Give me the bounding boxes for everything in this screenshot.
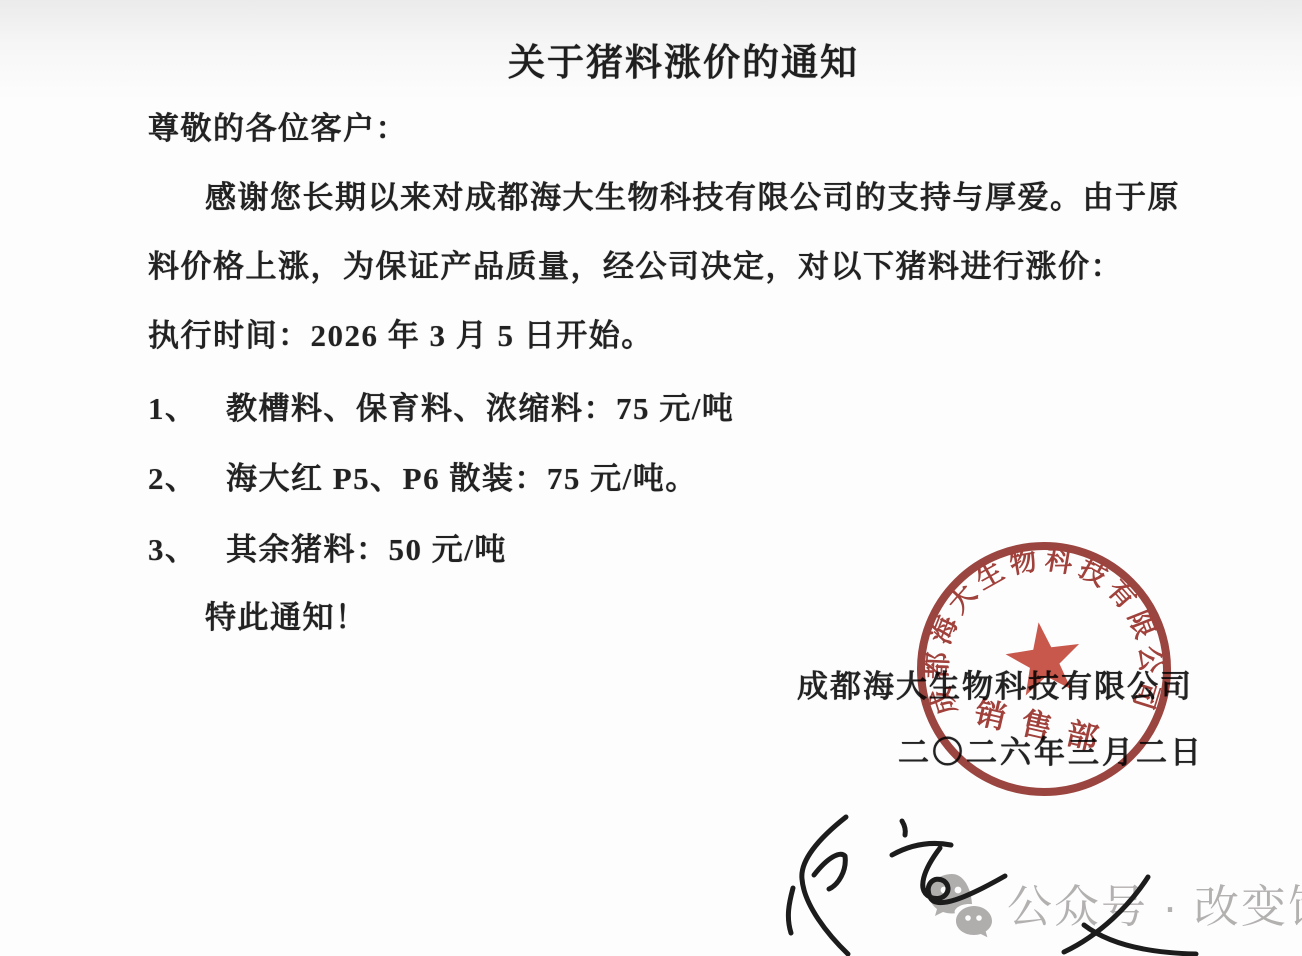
signature-stroke — [1064, 877, 1148, 952]
company-seal-stamp: 成都海大生物科技有限公司 销售部 — [898, 523, 1190, 815]
signature-stroke — [902, 821, 905, 835]
signature-stroke — [814, 854, 845, 889]
list-item-number: 2、 — [148, 453, 226, 498]
list-item: 2、 海大红 P5、P6 散装：75 元/吨。 — [148, 453, 698, 498]
list-item-number: 3、 — [148, 524, 226, 569]
handwritten-signature — [758, 793, 1238, 956]
body-line-2: 料价格上涨，为保证产品质量，经公司决定，对以下猪料进行涨价： — [148, 241, 1123, 286]
list-item-text: 海大红 P5、P6 散装：75 元/吨。 — [226, 453, 698, 498]
list-item: 3、 其余猪料：50 元/吨 — [148, 524, 507, 569]
signature-stroke — [788, 888, 793, 933]
notice-document: { "document": { "title": "关于猪料涨价的通知", "g… — [0, 0, 1302, 956]
closing-line: 特此通知！ — [205, 592, 368, 637]
greeting-line: 尊敬的各位客户： — [148, 103, 408, 148]
seal-ring-text: 成都海大生物科技有限公司 — [922, 544, 1165, 718]
signature-stroke — [923, 848, 1005, 903]
list-item-number: 1、 — [148, 383, 226, 428]
execution-date-line: 执行时间：2026 年 3 月 5 日开始。 — [148, 310, 654, 355]
signature-stroke — [802, 817, 848, 954]
body-line-1: 感谢您长期以来对成都海大生物科技有限公司的支持与厚爱。由于原 — [205, 172, 1180, 217]
list-item-text: 其余猪料：50 元/吨 — [226, 524, 507, 569]
list-item-text: 教槽料、保育料、浓缩料：75 元/吨 — [226, 383, 734, 428]
page-title: 关于猪料涨价的通知 — [508, 32, 859, 86]
seal-department-text: 销售部 — [971, 695, 1116, 761]
list-item: 1、 教槽料、保育料、浓缩料：75 元/吨 — [148, 383, 734, 428]
seal-star-icon — [1002, 617, 1085, 697]
